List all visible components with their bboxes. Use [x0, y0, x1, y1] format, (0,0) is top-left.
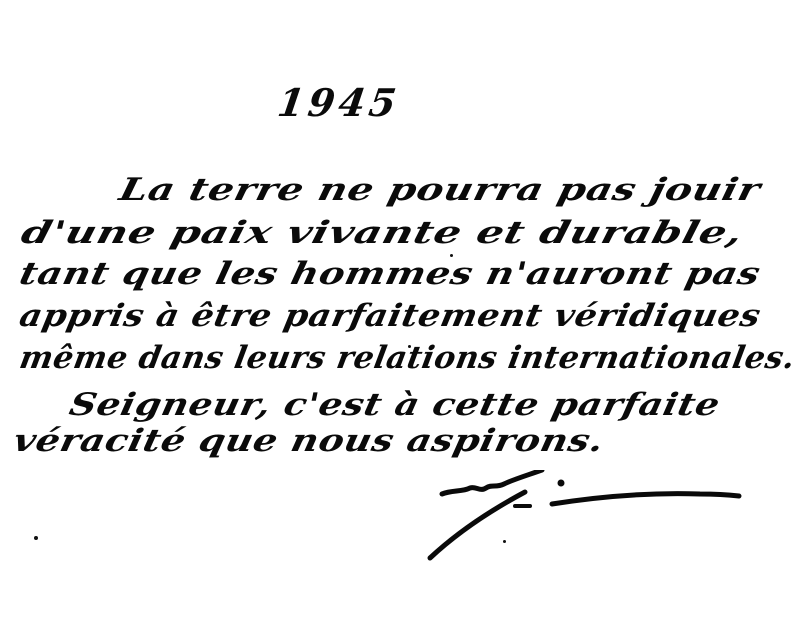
signature-mark — [400, 470, 760, 570]
text-line-1: La terre ne pourra pas jouir — [116, 172, 764, 208]
text-line-7: véracité que nous aspirons. — [10, 423, 607, 459]
ink-speck — [503, 540, 506, 543]
text-line-4: appris à être parfaitement véridiques — [16, 298, 763, 334]
ink-speck — [450, 254, 453, 257]
text-line-6: Seigneur, c'est à cette parfaite — [66, 387, 723, 423]
handwritten-note-page: 1945 La terre ne pourra pas jouir d'une … — [0, 0, 800, 640]
ink-speck — [408, 345, 411, 348]
text-line-3: tant que les hommes n'auront pas — [16, 256, 764, 292]
note-year: 1945 — [275, 80, 403, 125]
ink-speck — [34, 536, 38, 540]
text-line-2: d'une paix vivante et durable, — [18, 215, 747, 251]
